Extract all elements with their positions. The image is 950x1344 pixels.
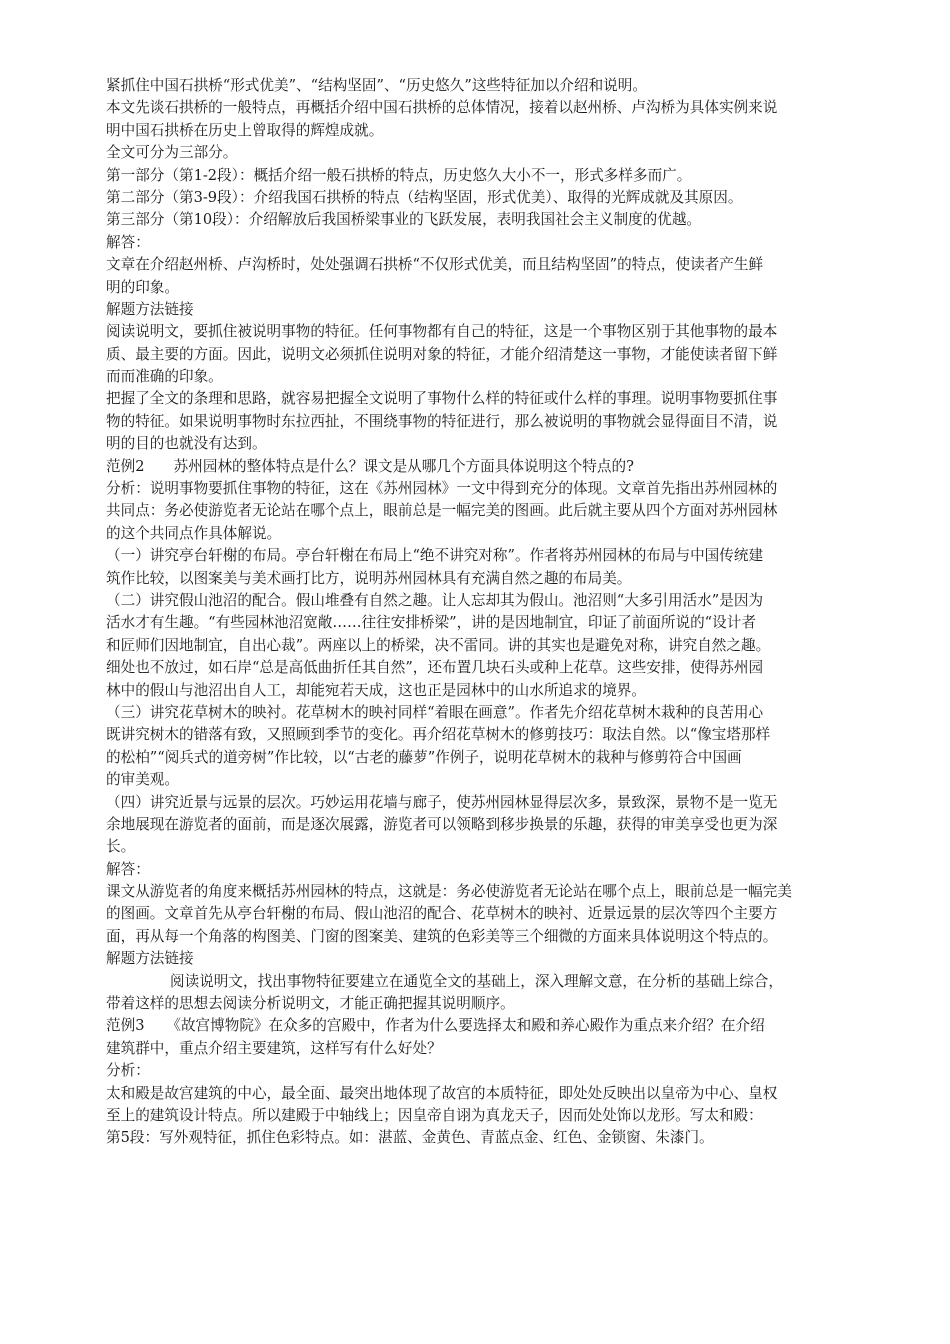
text-line: 把握了全文的条理和思路，就容易把握全文说明了事物什么样的特征或什么样的事理。说明…	[106, 388, 884, 410]
text-line: 太和殿是故宫建筑的中心，最全面、最突出地体现了故宫的本质特征，即处处反映出以皇帝…	[106, 1083, 884, 1105]
text-line: 阅读说明文，要抓住被说明事物的特征。任何事物都有自己的特征，这是一个事物区别于其…	[106, 321, 884, 343]
text-line: 全文可分为三部分。	[106, 142, 884, 164]
text-line: 建筑群中，重点介绍主要建筑，这样写有什么好处？	[106, 1038, 884, 1060]
document-page: 紧抓住中国石拱桥“形式优美”、“结构坚固”、“历史悠久”这些特征加以介绍和说明。…	[106, 75, 884, 1150]
text-line: 明中国石拱桥在历史上曾取得的辉煌成就。	[106, 120, 884, 142]
text-line: 文章在介绍赵州桥、卢沟桥时，处处强调石拱桥“不仅形式优美，而且结构坚固”的特点，…	[106, 254, 884, 276]
text-line: 课文从游览者的角度来概括苏州园林的特点，这就是：务必使游览者无论站在哪个点上，眼…	[106, 881, 884, 903]
text-line: 明的目的也就没有达到。	[106, 433, 884, 455]
text-line: （三）讲究花草树木的映衬。花草树木的映衬同样“着眼在画意”。作者先介绍花草树木栽…	[106, 702, 884, 724]
text-line: 解答：	[106, 859, 884, 881]
text-line: 至上的建筑设计特点。所以建殿于中轴线上；因皇帝自诩为真龙天子，因而处处饰以龙形。…	[106, 1105, 884, 1127]
text-line: （四）讲究近景与远景的层次。巧妙运用花墙与廊子，使苏州园林显得层次多，景致深，景…	[106, 792, 884, 814]
text-line: 筑作比较，以图案美与美术画打比方，说明苏州园林具有充满自然之趣的布局美。	[106, 568, 884, 590]
text-line: 的审美观。	[106, 769, 884, 791]
text-line: 和匠师们因地制宜，自出心裁”。两座以上的桥梁，决不雷同。讲的其实也是避免对称，讲…	[106, 635, 884, 657]
text-line: 的图画。文章首先从亭台轩榭的布局、假山池沼的配合、花草树木的映衬、近景远景的层次…	[106, 903, 884, 925]
text-line: （一）讲究亭台轩榭的布局。亭台轩榭在布局上“绝不讲究对称”。作者将苏州园林的布局…	[106, 545, 884, 567]
text-line: 长。	[106, 836, 884, 858]
text-line: 阅读说明文，找出事物特征要建立在通览全文的基础上，深入理解文意，在分析的基础上综…	[106, 971, 884, 993]
text-line: 带着这样的思想去阅读分析说明文，才能正确把握其说明顺序。	[106, 993, 884, 1015]
text-line: 细处也不放过，如石岸“总是高低曲折任其自然”，还布置几块石头或种上花草。这些安排…	[106, 657, 884, 679]
text-line: （二）讲究假山池沼的配合。假山堆叠有自然之趣。让人忘却其为假山。池沼则“大多引用…	[106, 590, 884, 612]
text-line: 解题方法链接	[106, 948, 884, 970]
text-line: 第一部分（第1-2段）：概括介绍一般石拱桥的特点，历史悠久大小不一，形式多样多而…	[106, 165, 884, 187]
text-line: 共同点：务必使游览者无论站在哪个点上，眼前总是一幅完美的图画。此后就主要从四个方…	[106, 500, 884, 522]
text-line: 紧抓住中国石拱桥“形式优美”、“结构坚固”、“历史悠久”这些特征加以介绍和说明。	[106, 75, 884, 97]
text-line: 解题方法链接	[106, 299, 884, 321]
text-line: 质、最主要的方面。因此，说明文必须抓住说明对象的特征，才能介绍清楚这一事物，才能…	[106, 344, 884, 366]
text-line: 范例2 苏州园林的整体特点是什么？课文是从哪几个方面具体说明这个特点的?	[106, 456, 884, 478]
text-line: 范例3 《故宫博物院》在众多的宫殿中，作者为什么要选择太和殿和养心殿作为重点来介…	[106, 1015, 884, 1037]
text-line: 的松柏”“阅兵式的道旁树”作比较，以“古老的藤萝”作例子，说明花草树木的栽种与修…	[106, 747, 884, 769]
text-line: 物的特征。如果说明事物时东拉西扯，不围绕事物的特征进行，那么被说明的事物就会显得…	[106, 411, 884, 433]
text-line: 第二部分（第3-9段）：介绍我国石拱桥的特点（结构坚固，形式优美）、取得的光辉成…	[106, 187, 884, 209]
text-line: 第5段：写外观特征，抓住色彩特点。如：湛蓝、金黄色、青蓝点金、红色、金锁窗、朱漆…	[106, 1127, 884, 1149]
text-line: 第三部分（第10段）：介绍解放后我国桥梁事业的飞跃发展，表明我国社会主义制度的优…	[106, 209, 884, 231]
text-line: 面，再从每一个角落的构图美、门窗的图案美、建筑的色彩美等三个细微的方面来具体说明…	[106, 926, 884, 948]
text-line: 分析：说明事物要抓住事物的特征，这在《苏州园林》一文中得到充分的体现。文章首先指…	[106, 478, 884, 500]
text-line: 余地展现在游览者的面前，而是逐次展露，游览者可以领略到移步换景的乐趣，获得的审美…	[106, 814, 884, 836]
text-line: 分析：	[106, 1060, 884, 1082]
text-line: 本文先谈石拱桥的一般特点，再概括介绍中国石拱桥的总体情况，接着以赵州桥、卢沟桥为…	[106, 97, 884, 119]
text-line: 明的印象。	[106, 277, 884, 299]
text-line: 林中的假山与池沼出自人工，却能宛若天成，这也正是园林中的山水所追求的境界。	[106, 680, 884, 702]
text-line: 而而准确的印象。	[106, 366, 884, 388]
text-line: 既讲究树木的错落有致，又照顾到季节的变化。再介绍花草树木的修剪技巧：取法自然。以…	[106, 724, 884, 746]
text-line: 的这个共同点作具体解说。	[106, 523, 884, 545]
text-line: 解答：	[106, 232, 884, 254]
text-line: 活水才有生趣。“有些园林池沼宽敞……往往安排桥梁”，讲的是因地制宜，印证了前面所…	[106, 612, 884, 634]
